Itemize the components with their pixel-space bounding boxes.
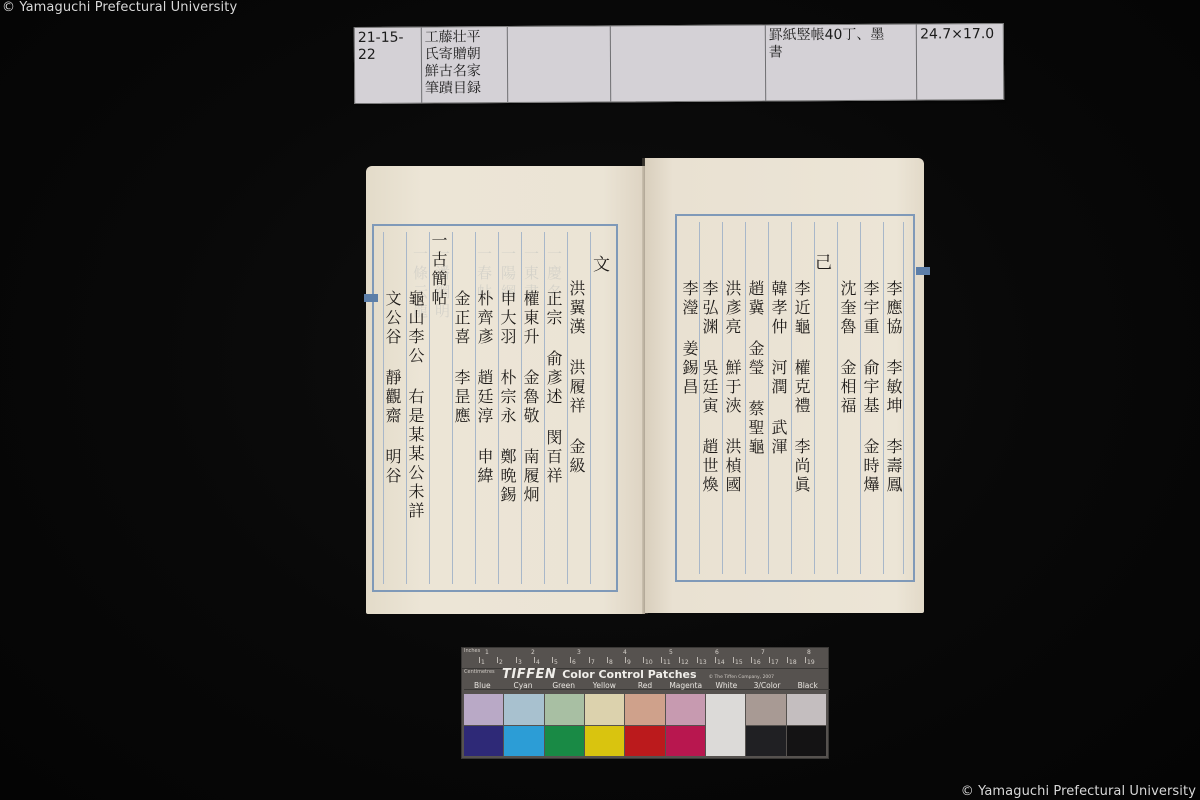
- name-entry: 洪翼漢: [567, 280, 586, 337]
- cm-tick: [479, 657, 480, 663]
- cm-tick: [516, 657, 517, 663]
- name-entry: 蔡聖龜: [746, 400, 765, 457]
- patch-white: [706, 694, 745, 756]
- name-entry: 明谷: [383, 448, 402, 486]
- cm-tick-label: 11: [663, 659, 671, 666]
- label-text: 24.7×17.0: [920, 26, 1000, 43]
- catalog-label: 21-15- 22 工藤壮平 氏寄贈朝 鮮古名家 筆蹟目録 罫紙竪帳40丁、墨 …: [354, 23, 1004, 104]
- name-entry: 李尚眞: [792, 438, 811, 495]
- name-entry: 權克禮: [792, 359, 811, 416]
- name-entry: 俞宇基: [861, 359, 880, 416]
- patch-label: White: [706, 681, 747, 690]
- patch-label: Blue: [462, 681, 503, 690]
- cm-tick-label: 8: [609, 659, 613, 666]
- label-text: 筆蹟目録: [425, 80, 504, 97]
- patch-cyan-tint: [504, 694, 543, 725]
- name-entry: 金時爗: [861, 438, 880, 495]
- cm-tick: [607, 657, 608, 663]
- name-entry: 吳廷寅: [700, 359, 719, 416]
- label-cell-format: 罫紙竪帳40丁、墨 書: [766, 25, 918, 101]
- cm-tick: [751, 657, 752, 663]
- cm-tick: [769, 657, 770, 663]
- inch-tick-label: 7: [761, 649, 765, 656]
- cm-tick-label: 13: [699, 659, 707, 666]
- name-entry: 洪楨國: [723, 438, 742, 495]
- name-entry: 右是某某公: [406, 388, 425, 483]
- label-cell-id: 21-15- 22: [355, 28, 422, 103]
- label-text: 書: [769, 44, 914, 62]
- patch-black: [787, 726, 826, 757]
- patch-red-tint: [625, 694, 664, 725]
- text-column: 金正喜李昰應: [451, 290, 471, 426]
- chart-copyright: © The Tiffen Company, 2007: [709, 675, 774, 680]
- name-entry: 級: [567, 457, 586, 476]
- patch-yellow-tint: [585, 694, 624, 725]
- name-entry: 閔百祥: [544, 429, 563, 486]
- patch-black-tint: [787, 694, 826, 725]
- rule-line: [903, 222, 904, 574]
- text-column: 洪彥亮鮮于浹洪楨國: [722, 280, 742, 495]
- section-heading: 己: [815, 248, 832, 273]
- name-entry: 文: [383, 290, 402, 309]
- cm-tick-label: 14: [717, 659, 725, 666]
- cm-tick: [534, 657, 535, 663]
- name-entry: 金瑩: [746, 340, 765, 378]
- patch-label: Cyan: [503, 681, 544, 690]
- text-column: 龜山李公右是某某公未詳: [405, 290, 425, 521]
- text-column: 朴齊彥趙廷淳申緯: [474, 290, 494, 486]
- name-entry: 趙廷淳: [475, 369, 494, 426]
- name-entry: 金魯敬: [521, 369, 540, 426]
- cm-tick: [589, 657, 590, 663]
- cm-tick-label: 3: [518, 659, 522, 666]
- name-entry: 申大羽: [498, 290, 517, 347]
- index-tab-marker: [916, 267, 930, 275]
- name-entry: 李宇重: [861, 280, 880, 337]
- label-text: 22: [358, 47, 418, 64]
- name-entry: 俞彥述: [544, 350, 563, 407]
- cm-tick: [733, 657, 734, 663]
- label-text: 21-15-: [358, 30, 418, 47]
- name-entry: 申緯: [475, 448, 494, 486]
- name-entry: 正宗: [544, 290, 563, 328]
- label-cell-title: 工藤壮平 氏寄贈朝 鮮古名家 筆蹟目録: [422, 27, 508, 103]
- name-entry: 洪履祥: [567, 359, 586, 416]
- patch-label: Black: [787, 681, 828, 690]
- name-entry: 李壽鳳: [884, 438, 903, 495]
- cm-tick-label: 1: [481, 659, 485, 666]
- cm-tick: [715, 657, 716, 663]
- label-cell-dimensions: 24.7×17.0: [917, 24, 1003, 100]
- text-column: 趙冀金瑩蔡聖龜: [745, 280, 765, 457]
- cm-tick-label: 4: [536, 659, 540, 666]
- patch-yellow: [585, 726, 624, 757]
- cm-tick: [497, 657, 498, 663]
- name-entry: 武渾: [769, 419, 788, 457]
- label-text: 鮮古名家: [425, 63, 504, 80]
- patch-3color: [746, 726, 785, 757]
- name-entry: 李敏坤: [884, 359, 903, 416]
- text-column: 沈奎魯金相福: [837, 280, 857, 416]
- chart-header: TIFFEN Color Control Patches © The Tiffe…: [502, 667, 774, 682]
- text-column: 李弘渊吳廷寅趙世煥: [699, 280, 719, 495]
- name-entry: 龜山李公: [406, 290, 425, 366]
- patch-magenta-tint: [666, 694, 705, 725]
- patch-label: 3/Color: [747, 681, 788, 690]
- text-column: 正宗俞彥述閔百祥: [543, 290, 563, 486]
- name-entry: 李弘渊: [700, 280, 719, 337]
- inch-tick-label: 8: [807, 649, 811, 656]
- patch-green-tint: [545, 694, 584, 725]
- cm-tick: [552, 657, 553, 663]
- cm-tick-label: 2: [499, 659, 503, 666]
- label-text: 氏寄贈朝: [425, 46, 504, 63]
- scan-background: © Yamaguchi Prefectural University 21-15…: [0, 0, 1200, 800]
- cm-tick: [625, 657, 626, 663]
- text-column: 韓孝仲河潤武渾: [768, 280, 788, 457]
- cm-tick-label: 18: [789, 659, 797, 666]
- cm-tick-label: 17: [771, 659, 779, 666]
- inch-tick-label: 6: [715, 649, 719, 656]
- cm-tick-label: 12: [681, 659, 689, 666]
- name-entry: 趙世煥: [700, 438, 719, 495]
- cm-tick: [787, 657, 788, 663]
- patch-magenta: [666, 726, 705, 757]
- ruler-inches-label: Inches: [464, 648, 480, 654]
- inch-tick-label: 2: [531, 649, 535, 656]
- text-column: 洪翼漢洪履祥金級: [566, 280, 586, 476]
- name-entry: 朴齊彥: [475, 290, 494, 347]
- label-text: 罫紙竪帳40丁、墨: [769, 27, 914, 45]
- watermark-top-left: © Yamaguchi Prefectural University: [2, 0, 237, 15]
- tiffen-logo: TIFFEN: [502, 667, 556, 682]
- cm-tick-label: 5: [554, 659, 558, 666]
- cm-tick-label: 6: [572, 659, 576, 666]
- chart-title: Color Control Patches: [562, 668, 696, 681]
- name-entry: 李瀅: [680, 280, 699, 318]
- patch-label: Green: [543, 681, 584, 690]
- patch-red: [625, 726, 664, 757]
- inch-tick-label: 5: [669, 649, 673, 656]
- patch-3color-tint: [746, 694, 785, 725]
- label-cell-empty-1: [507, 26, 611, 102]
- name-entry: 朴宗永: [498, 369, 517, 426]
- text-column: 李瀅姜錫昌: [679, 280, 699, 397]
- watermark-bottom-right: © Yamaguchi Prefectural University: [961, 784, 1196, 799]
- inch-tick-label: 1: [485, 649, 489, 656]
- text-column: 李應協李敏坤李壽鳳: [883, 280, 903, 495]
- cm-tick-label: 15: [735, 659, 743, 666]
- text-column: 李宇重俞宇基金時爗: [860, 280, 880, 495]
- name-entry: 沈奎魯: [838, 280, 857, 337]
- label-cell-empty-2: [611, 25, 766, 101]
- name-entry: 鄭晩錫: [498, 448, 517, 505]
- name-entry: 李近龜: [792, 280, 811, 337]
- name-entry: 姜錫昌: [680, 340, 699, 397]
- patch-label: Magenta: [665, 681, 706, 690]
- patch-cyan: [504, 726, 543, 757]
- name-entry: 韓孝仲: [769, 280, 788, 337]
- name-entry: 靜觀齋: [383, 369, 402, 426]
- name-entry: 趙冀: [746, 280, 765, 318]
- cm-tick: [805, 657, 806, 663]
- measurement-ruler: Inches 1 2 3 4 5 6 7 8 1 2 3 4 5 6 7 8 9…: [462, 648, 828, 669]
- right-page: 己 李應協李敏坤李壽鳳 李宇重俞宇基金時爗 沈奎魯金相福 李近龜權克禮李尚眞 韓…: [645, 158, 924, 613]
- name-entry: 李應協: [884, 280, 903, 337]
- cm-tick: [679, 657, 680, 663]
- name-entry: 李昰應: [452, 369, 471, 426]
- name-entry: 金: [567, 438, 586, 457]
- name-entry: 金相福: [838, 359, 857, 416]
- section-heading: 文: [593, 250, 610, 275]
- patch-label: Red: [625, 681, 666, 690]
- left-page: 一條云龍 一潘綱明 一春帖 一陽綱 一東書 一慶名 文 洪翼漢洪履祥金級 正宗俞…: [366, 166, 645, 614]
- inch-tick-label: 4: [623, 649, 627, 656]
- text-column: 申大羽朴宗永鄭晩錫: [497, 290, 517, 505]
- patch-blue: [464, 726, 503, 757]
- ruled-frame: 一條云龍 一潘綱明 一春帖 一陽綱 一東書 一慶名 文 洪翼漢洪履祥金級 正宗俞…: [372, 224, 618, 592]
- text-column: 一古簡帖: [428, 232, 448, 308]
- patch-green: [545, 726, 584, 757]
- cm-tick-label: 7: [591, 659, 595, 666]
- cm-tick-label: 10: [645, 659, 653, 666]
- rule-line: [590, 232, 591, 584]
- open-book: 一條云龍 一潘綱明 一春帖 一陽綱 一東書 一慶名 文 洪翼漢洪履祥金級 正宗俞…: [366, 158, 924, 614]
- name-entry: 一古簡帖: [429, 232, 448, 308]
- cm-tick: [697, 657, 698, 663]
- name-entry: 未詳: [406, 483, 425, 521]
- cm-tick-label: 19: [807, 659, 815, 666]
- index-tab-marker: [364, 294, 378, 302]
- name-entry: 洪彥亮: [723, 280, 742, 337]
- cm-tick: [643, 657, 644, 663]
- text-column: 權東升金魯敬南履炯: [520, 290, 540, 505]
- name-entry: 公谷: [383, 309, 402, 347]
- patch-labels: Blue Cyan Green Yellow Red Magenta White…: [462, 681, 828, 690]
- cm-tick: [570, 657, 571, 663]
- text-column: 文公谷靜觀齋明谷: [382, 290, 402, 486]
- rule-line: [814, 222, 815, 574]
- patch-label: Yellow: [584, 681, 625, 690]
- color-patches: [464, 694, 826, 756]
- name-entry: 權東升: [521, 290, 540, 347]
- label-text: 工藤壮平: [425, 29, 504, 46]
- cm-tick: [661, 657, 662, 663]
- name-entry: 南履炯: [521, 448, 540, 505]
- color-control-chart: Inches 1 2 3 4 5 6 7 8 1 2 3 4 5 6 7 8 9…: [461, 647, 829, 759]
- text-column: 李近龜權克禮李尚眞: [791, 280, 811, 495]
- patch-blue-tint: [464, 694, 503, 725]
- cm-tick-label: 16: [753, 659, 761, 666]
- name-entry: 河潤: [769, 359, 788, 397]
- name-entry: 鮮于浹: [723, 359, 742, 416]
- cm-tick-label: 9: [627, 659, 631, 666]
- inch-tick-label: 3: [577, 649, 581, 656]
- ruled-frame: 己 李應協李敏坤李壽鳳 李宇重俞宇基金時爗 沈奎魯金相福 李近龜權克禮李尚眞 韓…: [675, 214, 915, 582]
- name-entry: 金正喜: [452, 290, 471, 347]
